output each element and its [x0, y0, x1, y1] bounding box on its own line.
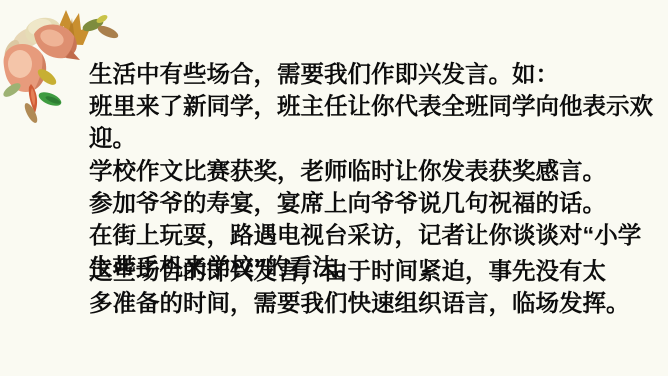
upper-acorn-highlight [38, 27, 66, 50]
lower-peach-shadow [34, 54, 46, 90]
brown-bottom-leaf-icon [22, 101, 39, 124]
text-line: 这些场合的即兴发言，由于时间紧迫，事先没有太 [89, 255, 630, 287]
text-line: 班里来了新同学，班主任让你代表全班同学向他表示欢 [89, 90, 653, 122]
text-line: 生活中有些场合，需要我们作即兴发言。如： [89, 58, 653, 90]
olive-leaf-icon [81, 16, 105, 34]
acorn-cap-highlight [27, 17, 54, 38]
text-line: 多准备的时间，需要我们快速组织语言，临场发挥。 [89, 287, 630, 319]
presentation-slide: 生活中有些场合，需要我们作即兴发言。如： 班里来了新同学，班主任让你代表全班同学… [0, 0, 668, 376]
upper-acorn-tip [66, 50, 80, 60]
upper-acorn-icon [34, 24, 77, 58]
yellow-leaf-icon [35, 66, 58, 87]
peach-tail-icon [29, 84, 37, 113]
lower-peach-highlight [8, 50, 32, 78]
green-leaf-icon [37, 89, 63, 108]
upper-acorn-shadow [64, 36, 77, 58]
beige-leaf-icon [10, 23, 47, 54]
text-line: 迎。 [89, 122, 653, 154]
lower-peach-icon [4, 44, 47, 92]
text-line: 在街上玩耍，路遇电视台采访，记者让你谈谈对“小学 [89, 219, 653, 251]
beige-leaf-icon [2, 37, 23, 62]
green-leaf-vein [45, 95, 62, 106]
paragraph-summary: 这些场合的即兴发言，由于时间紧迫，事先没有太 多准备的时间，需要我们快速组织语言… [89, 255, 630, 319]
peach-tail-highlight [31, 88, 35, 106]
acorn-cap-icon [23, 15, 64, 48]
sage-leaf-icon [1, 81, 23, 100]
amber-leaf-shadow [66, 18, 75, 43]
text-line: 参加爷爷的寿宴，宴席上向爷爷说几句祝福的话。 [89, 187, 653, 219]
brown-leaf-icon [96, 23, 120, 40]
text-line: 学校作文比赛获奖，老师临时让你发表获奖感言。 [89, 155, 653, 187]
paragraph-intro-examples: 生活中有些场合，需要我们作即兴发言。如： 班里来了新同学，班主任让你代表全班同学… [89, 58, 653, 283]
amber-maple-leaf-icon [57, 10, 91, 45]
yellow-green-leaf-icon [95, 13, 108, 24]
